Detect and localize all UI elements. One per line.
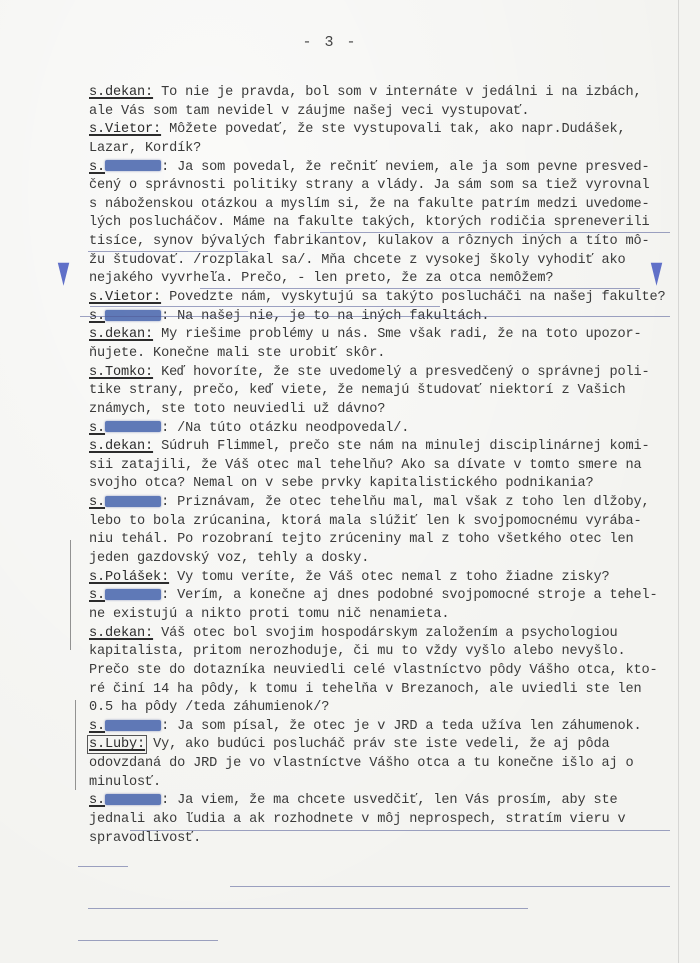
transcript-line: čený o správnosti politiky strany a vlád… xyxy=(89,177,679,196)
line-text: známych, ste toto neuviedli už dávno? xyxy=(89,402,385,417)
transcript-line: s náboženskou otázkou a myslím si, že na… xyxy=(89,196,679,215)
transcript-line: s.XXXXXXX: Ja viem, že ma chcete usvedči… xyxy=(89,792,679,811)
speaker-label: s.Luby: xyxy=(89,737,145,752)
speaker-label: s.Tomko: xyxy=(89,365,153,380)
transcript-line: lých poslucháčov. Máme na fakulte takých… xyxy=(89,214,679,233)
line-text: Vy, ako budúci poslucháč práv ste iste v… xyxy=(145,737,609,752)
line-text: čený o správnosti politiky strany a vlád… xyxy=(89,178,650,193)
transcript-line: svojho otca? Nemal on v sebe prvky kapit… xyxy=(89,475,679,494)
transcript-line: minulosť. xyxy=(89,774,679,793)
line-text: : Ja som písal, že otec je v JRD a teda … xyxy=(161,719,641,734)
redacted-name: XXXXXXX xyxy=(105,794,161,805)
line-text: jeden gazdovský voz, tehly a dosky. xyxy=(89,551,369,566)
transcript-line: s.Polášek: Vy tomu veríte, že Váš otec n… xyxy=(89,569,679,588)
line-text: Vy tomu veríte, že Váš otec nemal z toho… xyxy=(169,570,609,585)
line-text: My riešime problémy u nás. Sme však radi… xyxy=(153,327,641,342)
transcript-line: s.XXXXXXX: Ja som povedal, že rečniť nev… xyxy=(89,159,679,178)
transcript-line: s.XXXXXXX: Na našej nie, je to na iných … xyxy=(89,308,679,327)
line-text: : Ja som povedal, že rečniť neviem, ale … xyxy=(161,160,649,175)
line-text: odovzdaná do JRD je vo vlastníctve Vášho… xyxy=(89,756,634,771)
transcript-line: ré činí 14 ha pôdy, k tomu i tehelňa v B… xyxy=(89,681,679,700)
transcript-line: Lazar, Kordík? xyxy=(89,140,679,159)
pen-underline xyxy=(90,306,440,307)
speaker-label: s.XXXXXXX xyxy=(89,160,161,175)
speaker-label: s.dekan: xyxy=(89,626,153,641)
pen-underline xyxy=(88,908,528,909)
line-text: nejakého vyvrheľa. Prečo, - len preto, ž… xyxy=(89,271,553,286)
speaker-label: s.dekan: xyxy=(89,85,153,100)
transcript-line: tisíce, synov bývalých fabrikantov, kula… xyxy=(89,233,679,252)
line-text: : Priznávam, že otec tehelňu mal, mal vš… xyxy=(161,495,649,510)
transcript-line: s.dekan: Váš otec bol svojim hospodársky… xyxy=(89,625,679,644)
line-text: ňujete. Konečne mali ste urobiť skôr. xyxy=(89,346,385,361)
line-text: s náboženskou otázkou a myslím si, že na… xyxy=(89,197,650,212)
line-text: sii zatajili, že Váš otec mal tehelňu? A… xyxy=(89,458,642,473)
transcript-line: jednali ako ľudia a ak rozhodnete v môj … xyxy=(89,811,679,830)
transcript-line: s.Luby: Vy, ako budúci poslucháč práv st… xyxy=(89,736,679,755)
line-text: ne existujú a nikto proti tomu nič nenam… xyxy=(89,607,449,622)
transcript-line: s.dekan: Súdruh Flimmel, prečo ste nám n… xyxy=(89,438,679,457)
margin-line xyxy=(75,700,76,790)
transcript-line: tike strany, prečo, keď viete, že nemajú… xyxy=(89,382,679,401)
transcript-line: kapitalista, pritom nerozhoduje, či mu t… xyxy=(89,643,679,662)
line-text: lebo to bola zrúcanina, ktorá mala slúži… xyxy=(89,514,642,529)
transcript-line: s.XXXXXXX: Verím, a konečne aj dnes podo… xyxy=(89,587,679,606)
line-text: : Ja viem, že ma chcete usvedčiť, len Vá… xyxy=(161,793,617,808)
line-text: Prečo ste do dotazníka neuviedli celé vl… xyxy=(89,663,658,678)
line-text: minulosť. xyxy=(89,775,161,790)
transcript-line: ňujete. Konečne mali ste urobiť skôr. xyxy=(89,345,679,364)
pen-underline xyxy=(88,251,248,252)
line-text: : Verím, a konečne aj dnes podobné svojp… xyxy=(161,588,657,603)
line-text: Lazar, Kordík? xyxy=(89,141,201,156)
line-text: lých poslucháčov. Máme na fakulte takých… xyxy=(89,215,650,230)
line-text: Môžete povedať, že ste vystupovali tak, … xyxy=(161,122,625,137)
line-text: svojho otca? Nemal on v sebe prvky kapit… xyxy=(89,476,593,491)
pen-underline xyxy=(78,866,128,867)
speaker-label: s.XXXXXXX xyxy=(89,719,161,734)
redacted-name: XXXXXXX xyxy=(105,496,161,507)
page-number: - 3 - xyxy=(0,34,660,51)
speaker-label: s.dekan: xyxy=(89,327,153,342)
speaker-label: s.XXXXXXX xyxy=(89,588,161,603)
transcript-line: s.Vietor: Povedzte nám, vyskytujú sa tak… xyxy=(89,289,679,308)
redacted-name: XXXXXXX xyxy=(105,720,161,731)
transcript-line: sii zatajili, že Váš otec mal tehelňu? A… xyxy=(89,457,679,476)
transcript-line: Prečo ste do dotazníka neuviedli celé vl… xyxy=(89,662,679,681)
line-text: žu študovať. /rozplakal sa/. Mňa chcete … xyxy=(89,253,626,268)
transcript-line: ne existujú a nikto proti tomu nič nenam… xyxy=(89,606,679,625)
transcript-line: nejakého vyvrheľa. Prečo, - len preto, ž… xyxy=(89,270,679,289)
transcript-line: s.XXXXXXX: Priznávam, že otec tehelňu ma… xyxy=(89,494,679,513)
transcript-line: odovzdaná do JRD je vo vlastníctve Vášho… xyxy=(89,755,679,774)
line-text: To nie je pravda, bol som v internáte v … xyxy=(153,85,641,100)
speaker-label: s.dekan: xyxy=(89,439,153,454)
pen-underline xyxy=(80,316,670,317)
line-text: niu tehál. Po rozobraní tejto zrúceniny … xyxy=(89,532,634,547)
line-text: : /Na túto otázku neodpovedal/. xyxy=(161,421,409,436)
transcript-body: s.dekan: To nie je pravda, bol som v int… xyxy=(89,84,679,848)
transcript-line: lebo to bola zrúcanina, ktorá mala slúži… xyxy=(89,513,679,532)
transcript-line: 0.5 ha pôdy /teda záhumienok/? xyxy=(89,699,679,718)
speaker-label: s.Vietor: xyxy=(89,290,161,305)
pen-underline xyxy=(230,886,670,887)
transcript-line: žu študovať. /rozplakal sa/. Mňa chcete … xyxy=(89,252,679,271)
transcript-line: s.XXXXXXX: /Na túto otázku neodpovedal/. xyxy=(89,420,679,439)
transcript-line: spravodlivosť. xyxy=(89,830,679,849)
redacted-name: XXXXXXX xyxy=(105,421,161,432)
speaker-label: s.XXXXXXX xyxy=(89,421,161,436)
transcript-line: ale Vás som tam nevidel v záujme našej v… xyxy=(89,103,679,122)
transcript-line: jeden gazdovský voz, tehly a dosky. xyxy=(89,550,679,569)
transcript-line: niu tehál. Po rozobraní tejto zrúceniny … xyxy=(89,531,679,550)
transcript-line: s.Tomko: Keď hovoríte, že ste uvedomelý … xyxy=(89,364,679,383)
line-text: spravodlivosť. xyxy=(89,831,201,846)
line-text: ale Vás som tam nevidel v záujme našej v… xyxy=(89,104,529,119)
transcript-line: s.dekan: My riešime problémy u nás. Sme … xyxy=(89,326,679,345)
speaker-label: s.Polášek: xyxy=(89,570,169,585)
line-text: Súdruh Flimmel, prečo ste nám na minulej… xyxy=(153,439,649,454)
redacted-name: XXXXXXX xyxy=(105,160,161,171)
transcript-line: s.dekan: To nie je pravda, bol som v int… xyxy=(89,84,679,103)
line-text: 0.5 ha pôdy /teda záhumienok/? xyxy=(89,700,329,715)
transcript-line: známych, ste toto neuviedli už dávno? xyxy=(89,401,679,420)
line-text: jednali ako ľudia a ak rozhodnete v môj … xyxy=(89,812,626,827)
scanned-page: - 3 - s.dekan: To nie je pravda, bol som… xyxy=(0,0,700,963)
redacted-name: XXXXXXX xyxy=(105,589,161,600)
line-text: Keď hovoríte, že ste uvedomelý a presved… xyxy=(153,365,649,380)
line-text: tike strany, prečo, keď viete, že nemajú… xyxy=(89,383,626,398)
pen-underline xyxy=(320,232,670,233)
speaker-label: s.XXXXXXX xyxy=(89,793,161,808)
margin-check-icon: ▼ xyxy=(651,255,663,290)
margin-check-icon: ▼ xyxy=(58,255,70,290)
pen-underline xyxy=(200,288,640,289)
pen-underline xyxy=(78,940,218,941)
speaker-label: s.XXXXXXX xyxy=(89,495,161,510)
line-text: Váš otec bol svojim hospodárskym založen… xyxy=(153,626,617,641)
line-text: Povedzte nám, vyskytujú sa takýto posluc… xyxy=(161,290,665,305)
transcript-line: s.XXXXXXX: Ja som písal, že otec je v JR… xyxy=(89,718,679,737)
transcript-line: s.Vietor: Môžete povedať, že ste vystupo… xyxy=(89,121,679,140)
pen-underline xyxy=(130,830,670,831)
speaker-label: s.Vietor: xyxy=(89,122,161,137)
margin-line xyxy=(70,540,71,650)
line-text: tisíce, synov bývalých fabrikantov, kula… xyxy=(89,234,650,249)
line-text: ré činí 14 ha pôdy, k tomu i tehelňa v B… xyxy=(89,682,642,697)
line-text: kapitalista, pritom nerozhoduje, či mu t… xyxy=(89,644,626,659)
